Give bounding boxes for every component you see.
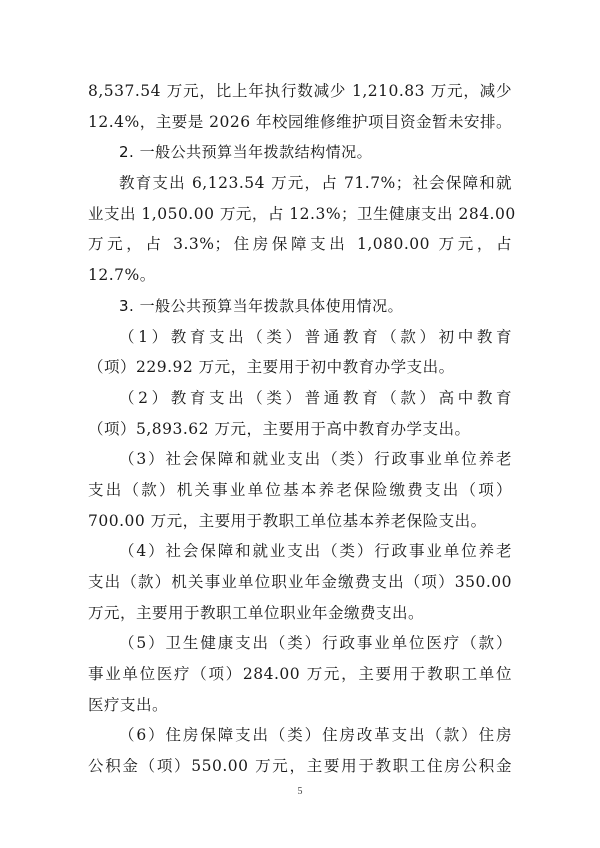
body-line-5: 业支出 1,050.00 万元，占 12.3%；卫生健康支出 284.00 <box>88 199 512 230</box>
body-line-2: 12.4%，主要是 2026 年校园维修维护项目资金暂未安排。 <box>88 107 512 138</box>
item-1-line-1: （1）教育支出（类）普通教育（款）初中教育 <box>88 322 512 353</box>
item-4-line-1: （4）社会保障和就业支出（类）行政事业单位养老 <box>88 536 512 567</box>
item-2-line-2: （项）5,893.62 万元，主要用于高中教育办学支出。 <box>88 414 512 445</box>
item-4-line-3: 万元，主要用于教职工单位职业年金缴费支出。 <box>88 598 512 629</box>
item-5-line-2: 事业单位医疗（项）284.00 万元，主要用于教职工单位 <box>88 659 512 690</box>
body-line-7: 12.7%。 <box>88 260 512 291</box>
body-line-6: 万元，占 3.3%；住房保障支出 1,080.00 万元，占 <box>88 229 512 260</box>
item-2-line-1: （2）教育支出（类）普通教育（款）高中教育 <box>88 383 512 414</box>
item-6-line-2: 公积金（项）550.00 万元，主要用于教职工住房公积金 <box>88 751 512 782</box>
item-5-line-1: （5）卫生健康支出（类）行政事业单位医疗（款） <box>88 628 512 659</box>
page-number: 5 <box>0 786 600 797</box>
document-body: 8,537.54 万元，比上年执行数减少 1,210.83 万元，减少 12.4… <box>88 76 512 782</box>
item-4-line-2: 支出（款）机关事业单位职业年金缴费支出（项）350.00 <box>88 567 512 598</box>
item-3-line-3: 700.00 万元，主要用于教职工单位基本养老保险支出。 <box>88 506 512 537</box>
body-line-1: 8,537.54 万元，比上年执行数减少 1,210.83 万元，减少 <box>88 76 512 107</box>
item-1-line-2: （项）229.92 万元，主要用于初中教育办学支出。 <box>88 352 512 383</box>
section-heading-3: 3. 一般公共预算当年拨款具体使用情况。 <box>88 291 512 322</box>
item-3-line-2: 支出（款）机关事业单位基本养老保险缴费支出（项） <box>88 475 512 506</box>
item-6-line-1: （6）住房保障支出（类）住房改革支出（款）住房 <box>88 720 512 751</box>
section-heading-2: 2. 一般公共预算当年拨款结构情况。 <box>88 137 512 168</box>
item-3-line-1: （3）社会保障和就业支出（类）行政事业单位养老 <box>88 444 512 475</box>
item-5-line-3: 医疗支出。 <box>88 690 512 721</box>
body-line-4: 教育支出 6,123.54 万元，占 71.7%；社会保障和就 <box>88 168 512 199</box>
